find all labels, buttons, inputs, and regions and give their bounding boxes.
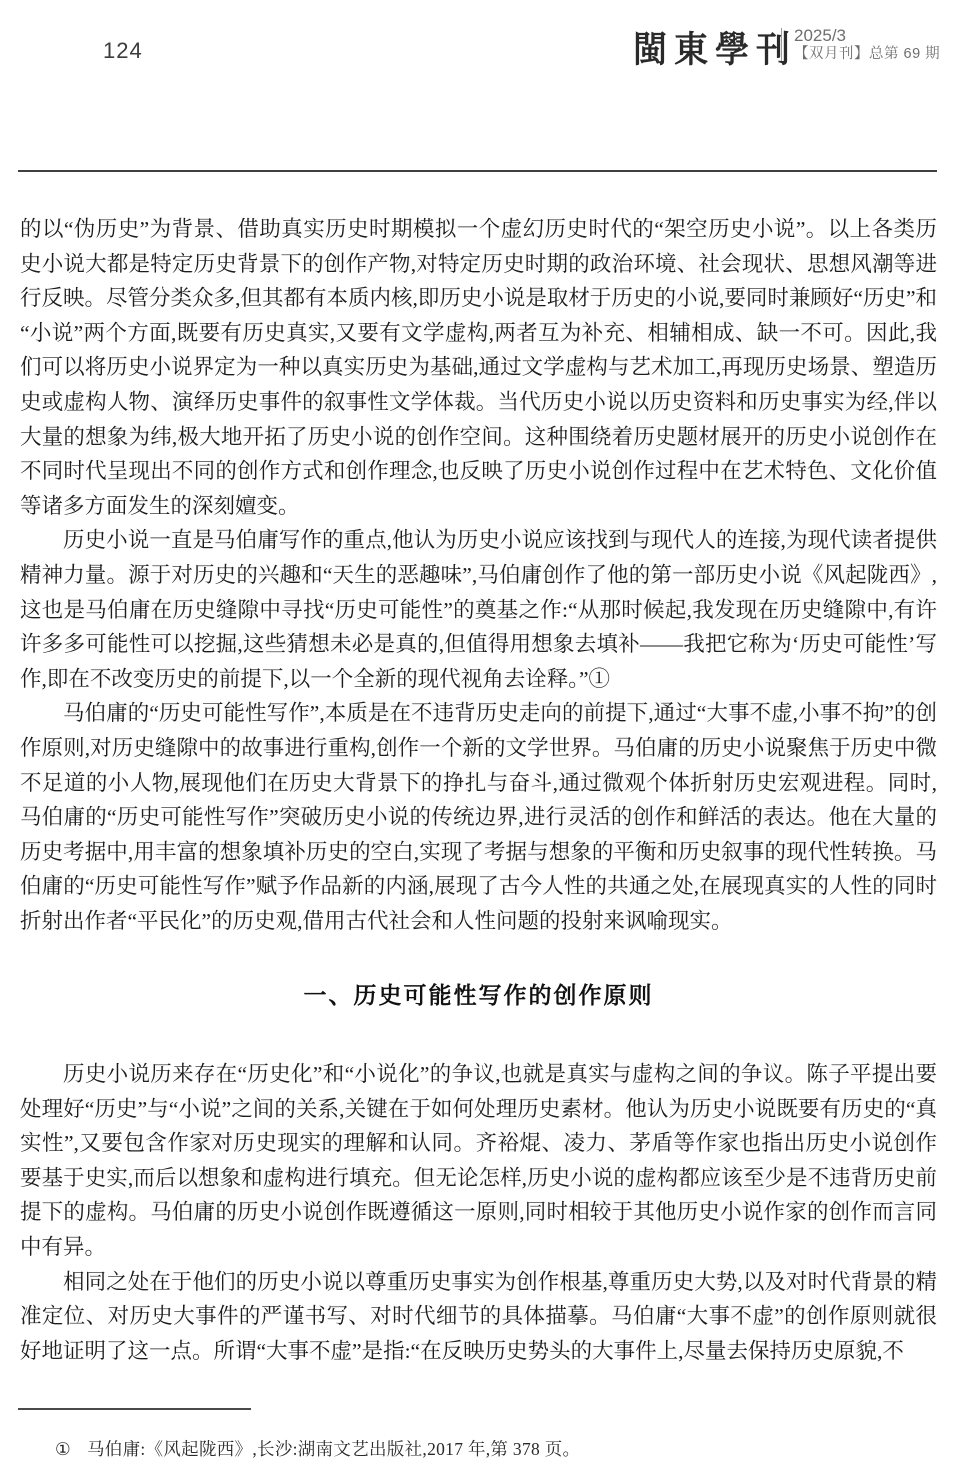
header-divider — [781, 28, 782, 61]
issue-info: 2025/3 【双月刊】总第 69 期 — [794, 27, 940, 63]
footnote: ①马伯庸:《风起陇西》,长沙:湖南文艺出版社,2017 年,第 378 页。 — [55, 1436, 915, 1461]
footnote-rule — [18, 1408, 251, 1410]
paragraph: 相同之处在于他们的历史小说以尊重历史事实为创作根基,尊重历史大势,以及对时代背景… — [20, 1265, 937, 1369]
paragraph: 马伯庸的“历史可能性写作”,本质是在不违背历史走向的前提下,通过“大事不虚,小事… — [20, 696, 937, 938]
journal-page: { "page": { "number": "124" }, "header":… — [0, 0, 958, 1476]
article-body: 的以“伪历史”为背景、借助真实历史时期模拟一个虚幻历史时代的“架空历史小说”。以… — [20, 212, 937, 1368]
header-rule — [18, 170, 937, 172]
paragraph: 历史小说一直是马伯庸写作的重点,他认为历史小说应该找到与现代人的连接,为现代读者… — [20, 523, 937, 696]
footnote-text: 马伯庸:《风起陇西》,长沙:湖南文艺出版社,2017 年,第 378 页。 — [87, 1439, 580, 1459]
section-heading: 一、历史可能性写作的创作原则 — [20, 978, 937, 1013]
page-number: 124 — [103, 38, 143, 64]
issue-date: 2025/3 — [794, 27, 940, 45]
footnote-marker: ① — [55, 1439, 71, 1460]
journal-logo: 閩東學刊 — [633, 21, 783, 72]
paragraph: 的以“伪历史”为背景、借助真实历史时期模拟一个虚幻历史时代的“架空历史小说”。以… — [20, 212, 937, 523]
paragraph: 历史小说历来存在“历史化”和“小说化”的争议,也就是真实与虚构之间的争议。陈子平… — [20, 1057, 937, 1265]
issue-number: 【双月刊】总第 69 期 — [794, 45, 940, 63]
